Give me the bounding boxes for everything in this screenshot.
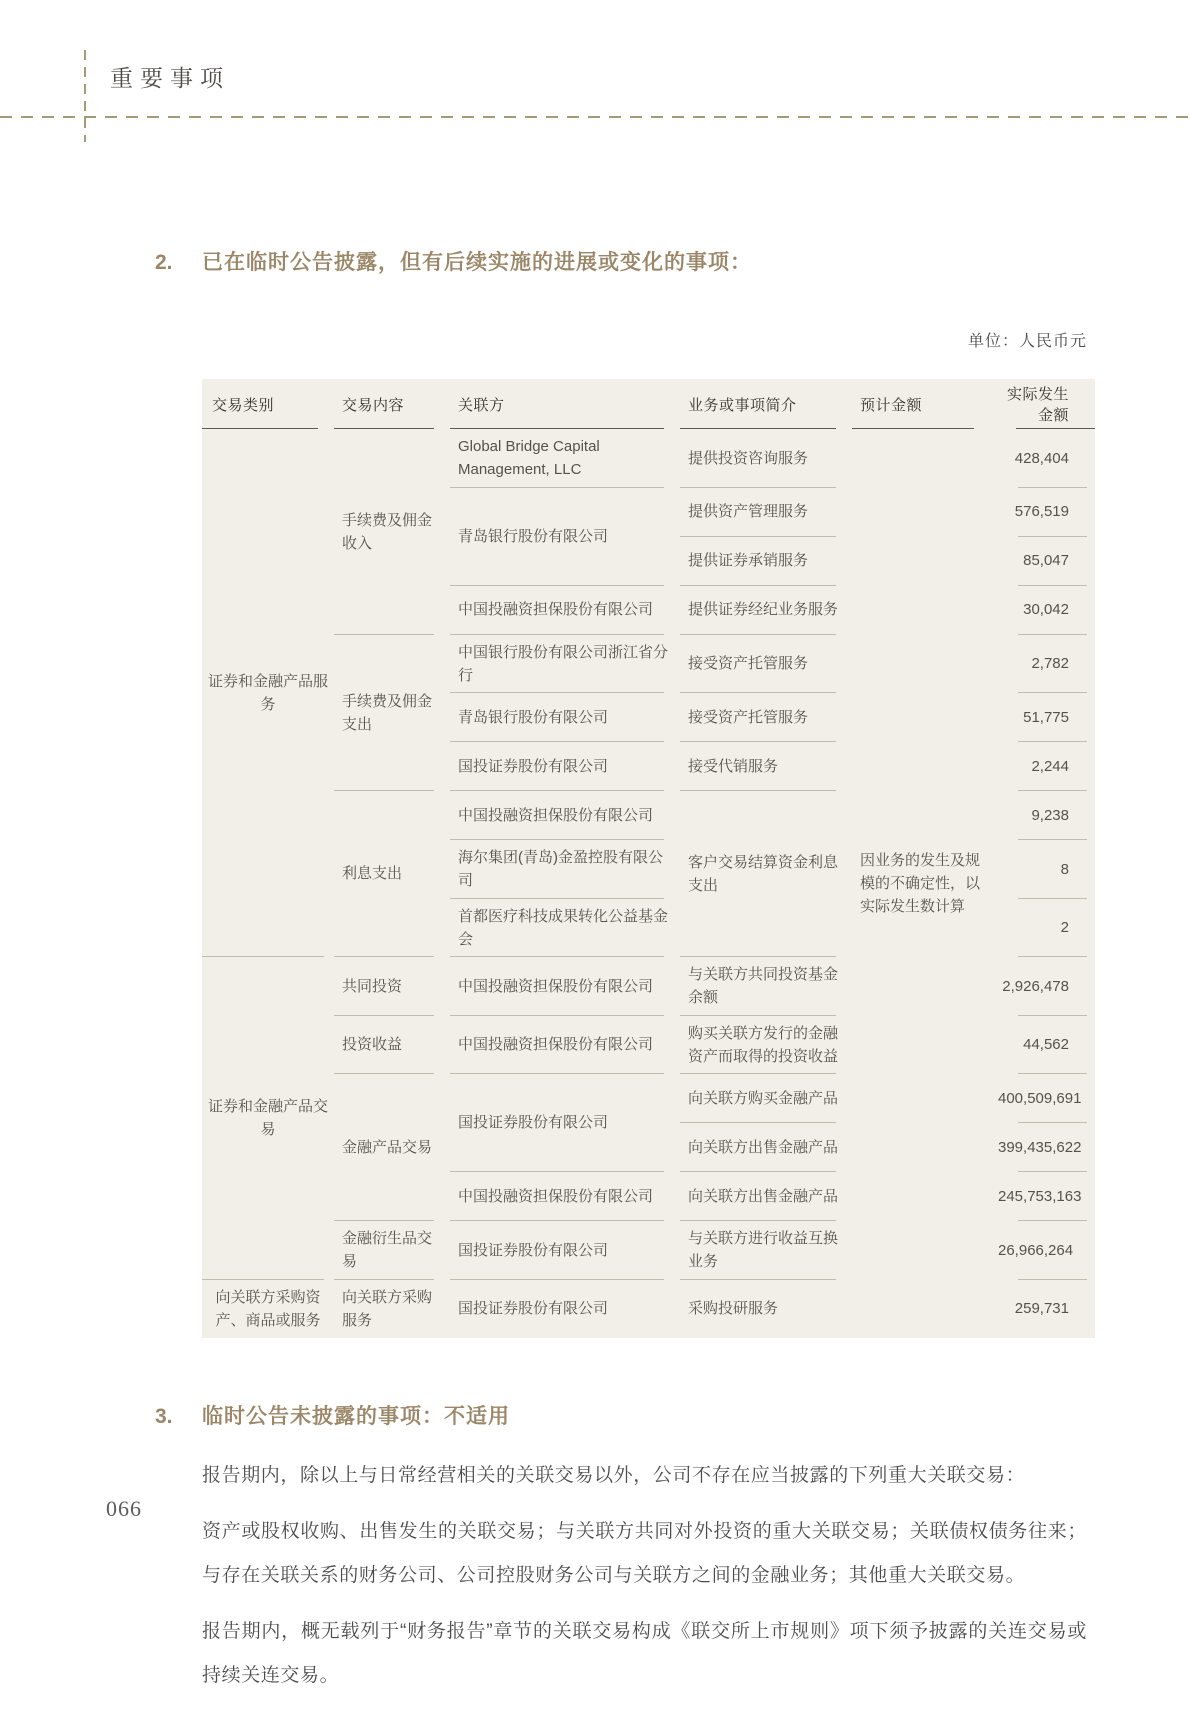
col-header-estimated-amount: 预计金额 <box>852 379 990 429</box>
cell-amt: 9,238 <box>990 791 1095 840</box>
cell-amt: 259,731 <box>990 1280 1095 1339</box>
cell-amt: 51,775 <box>990 693 1095 742</box>
cell-party: 中国投融资担保股份有限公司 <box>450 957 680 1016</box>
cell-party: Global Bridge Capital Management, LLC <box>450 429 680 488</box>
divider-dashed-horizontal <box>0 116 1190 118</box>
cell-desc: 购买关联方发行的金融资产而取得的投资收益 <box>680 1016 852 1075</box>
cell-party: 中国投融资担保股份有限公司 <box>450 791 680 840</box>
cell-desc: 采购投研服务 <box>680 1280 852 1339</box>
table-header-row: 交易类别 交易内容 关联方 业务或事项简介 预计金额 实际发生金额 <box>202 379 1095 429</box>
cell-amt: 30,042 <box>990 586 1095 635</box>
section-2-number: 2. <box>155 248 173 278</box>
cell-content: 共同投资 <box>334 957 450 1016</box>
cell-party: 中国银行股份有限公司浙江省分行 <box>450 635 680 694</box>
col-header-business-description: 业务或事项简介 <box>680 379 852 429</box>
section-3-title: 临时公告未披露的事项：不适用 <box>202 1405 510 1428</box>
main-content: 2. 已在临时公告披露，但有后续实施的进展或变化的事项： 单位：人民币元 交易类… <box>202 248 1087 1710</box>
cell-content: 利息支出 <box>334 791 450 957</box>
cell-party: 中国投融资担保股份有限公司 <box>450 586 680 635</box>
chapter-title: 重要事项 <box>110 60 230 93</box>
cell-amt: 26,966,264 <box>990 1221 1095 1280</box>
cell-desc: 提供资产管理服务 <box>680 488 852 537</box>
cell-desc: 客户交易结算资金利息支出 <box>680 791 852 957</box>
cell-desc: 提供投资咨询服务 <box>680 429 852 488</box>
divider-dashed-vertical <box>84 50 86 142</box>
cell-amt: 2,782 <box>990 635 1095 694</box>
cell-amt: 576,519 <box>990 488 1095 537</box>
cell-desc: 与关联方进行收益互换业务 <box>680 1221 852 1280</box>
cell-desc: 接受资产托管服务 <box>680 693 852 742</box>
cell-amt: 85,047 <box>990 537 1095 586</box>
cell-party: 国投证券股份有限公司 <box>450 1074 680 1172</box>
cell-desc: 向关联方出售金融产品 <box>680 1172 852 1221</box>
cell-desc: 提供证券经纪业务服务 <box>680 586 852 635</box>
cell-amt: 400,509,691 <box>990 1074 1095 1123</box>
cell-amt: 2,244 <box>990 742 1095 791</box>
cell-cat: 证券和金融产品服务 <box>202 429 334 957</box>
cell-cat: 向关联方采购资产、商品或服务 <box>202 1280 334 1339</box>
table-header: 交易类别 交易内容 关联方 业务或事项简介 预计金额 实际发生金额 <box>202 379 1095 429</box>
related-party-table-body: 证券和金融产品服务手续费及佣金收入Global Bridge Capital M… <box>202 429 1095 1338</box>
cell-amt: 428,404 <box>990 429 1095 488</box>
table-row: 证券和金融产品服务手续费及佣金收入Global Bridge Capital M… <box>202 429 1095 488</box>
cell-content: 手续费及佣金收入 <box>334 429 450 635</box>
cell-desc: 提供证券承销服务 <box>680 537 852 586</box>
cell-desc: 向关联方出售金融产品 <box>680 1123 852 1172</box>
cell-content: 向关联方采购服务 <box>334 1280 450 1339</box>
cell-party: 青岛银行股份有限公司 <box>450 488 680 586</box>
cell-party: 青岛银行股份有限公司 <box>450 693 680 742</box>
cell-desc: 向关联方购买金融产品 <box>680 1074 852 1123</box>
cell-desc: 与关联方共同投资基金余额 <box>680 957 852 1016</box>
page-number: 066 <box>106 1496 142 1522</box>
cell-party: 国投证券股份有限公司 <box>450 742 680 791</box>
cell-cat: 证券和金融产品交易 <box>202 957 334 1280</box>
col-header-related-party: 关联方 <box>450 379 680 429</box>
unit-note: 单位：人民币元 <box>202 328 1087 351</box>
cell-desc: 接受资产托管服务 <box>680 635 852 694</box>
cell-content: 手续费及佣金支出 <box>334 635 450 792</box>
col-header-transaction-category: 交易类别 <box>202 379 334 429</box>
related-party-transactions-table: 交易类别 交易内容 关联方 业务或事项简介 预计金额 实际发生金额 证券和金融产… <box>202 379 1095 1338</box>
section-3-heading: 3. 临时公告未披露的事项：不适用 <box>202 1402 1087 1432</box>
cell-amt: 2 <box>990 899 1095 958</box>
cell-amt: 8 <box>990 840 1095 899</box>
section-2-title: 已在临时公告披露，但有后续实施的进展或变化的事项： <box>202 251 752 274</box>
section-2-heading: 2. 已在临时公告披露，但有后续实施的进展或变化的事项： <box>202 248 1087 278</box>
cell-content: 金融产品交易 <box>334 1074 450 1221</box>
cell-amt: 399,435,622 <box>990 1123 1095 1172</box>
cell-party: 中国投融资担保股份有限公司 <box>450 1016 680 1075</box>
col-header-transaction-content: 交易内容 <box>334 379 450 429</box>
cell-content: 金融衍生品交易 <box>334 1221 450 1280</box>
cell-amt: 2,926,478 <box>990 957 1095 1016</box>
col-header-actual-amount: 实际发生金额 <box>990 379 1095 429</box>
cell-desc: 接受代销服务 <box>680 742 852 791</box>
cell-party: 国投证券股份有限公司 <box>450 1280 680 1339</box>
cell-amt: 245,753,163 <box>990 1172 1095 1221</box>
section-3-number: 3. <box>155 1402 173 1432</box>
cell-amt: 44,562 <box>990 1016 1095 1075</box>
cell-party: 国投证券股份有限公司 <box>450 1221 680 1280</box>
paragraph-disclosure-intro: 报告期内，除以上与日常经营相关的关联交易以外，公司不存在应当披露的下列重大关联交… <box>202 1454 1087 1498</box>
cell-party: 首都医疗科技成果转化公益基金会 <box>450 899 680 958</box>
cell-party: 海尔集团(青岛)金盈控股有限公司 <box>450 840 680 899</box>
paragraph-transaction-types: 资产或股权收购、出售发生的关联交易；与关联方共同对外投资的重大关联交易；关联债权… <box>202 1510 1087 1598</box>
cell-content: 投资收益 <box>334 1016 450 1075</box>
paragraph-listing-rules: 报告期内，概无载列于“财务报告”章节的关联交易构成《联交所上市规则》项下须予披露… <box>202 1610 1087 1698</box>
cell-est: 因业务的发生及规模的不确定性，以实际发生数计算 <box>852 429 990 1338</box>
cell-party: 中国投融资担保股份有限公司 <box>450 1172 680 1221</box>
